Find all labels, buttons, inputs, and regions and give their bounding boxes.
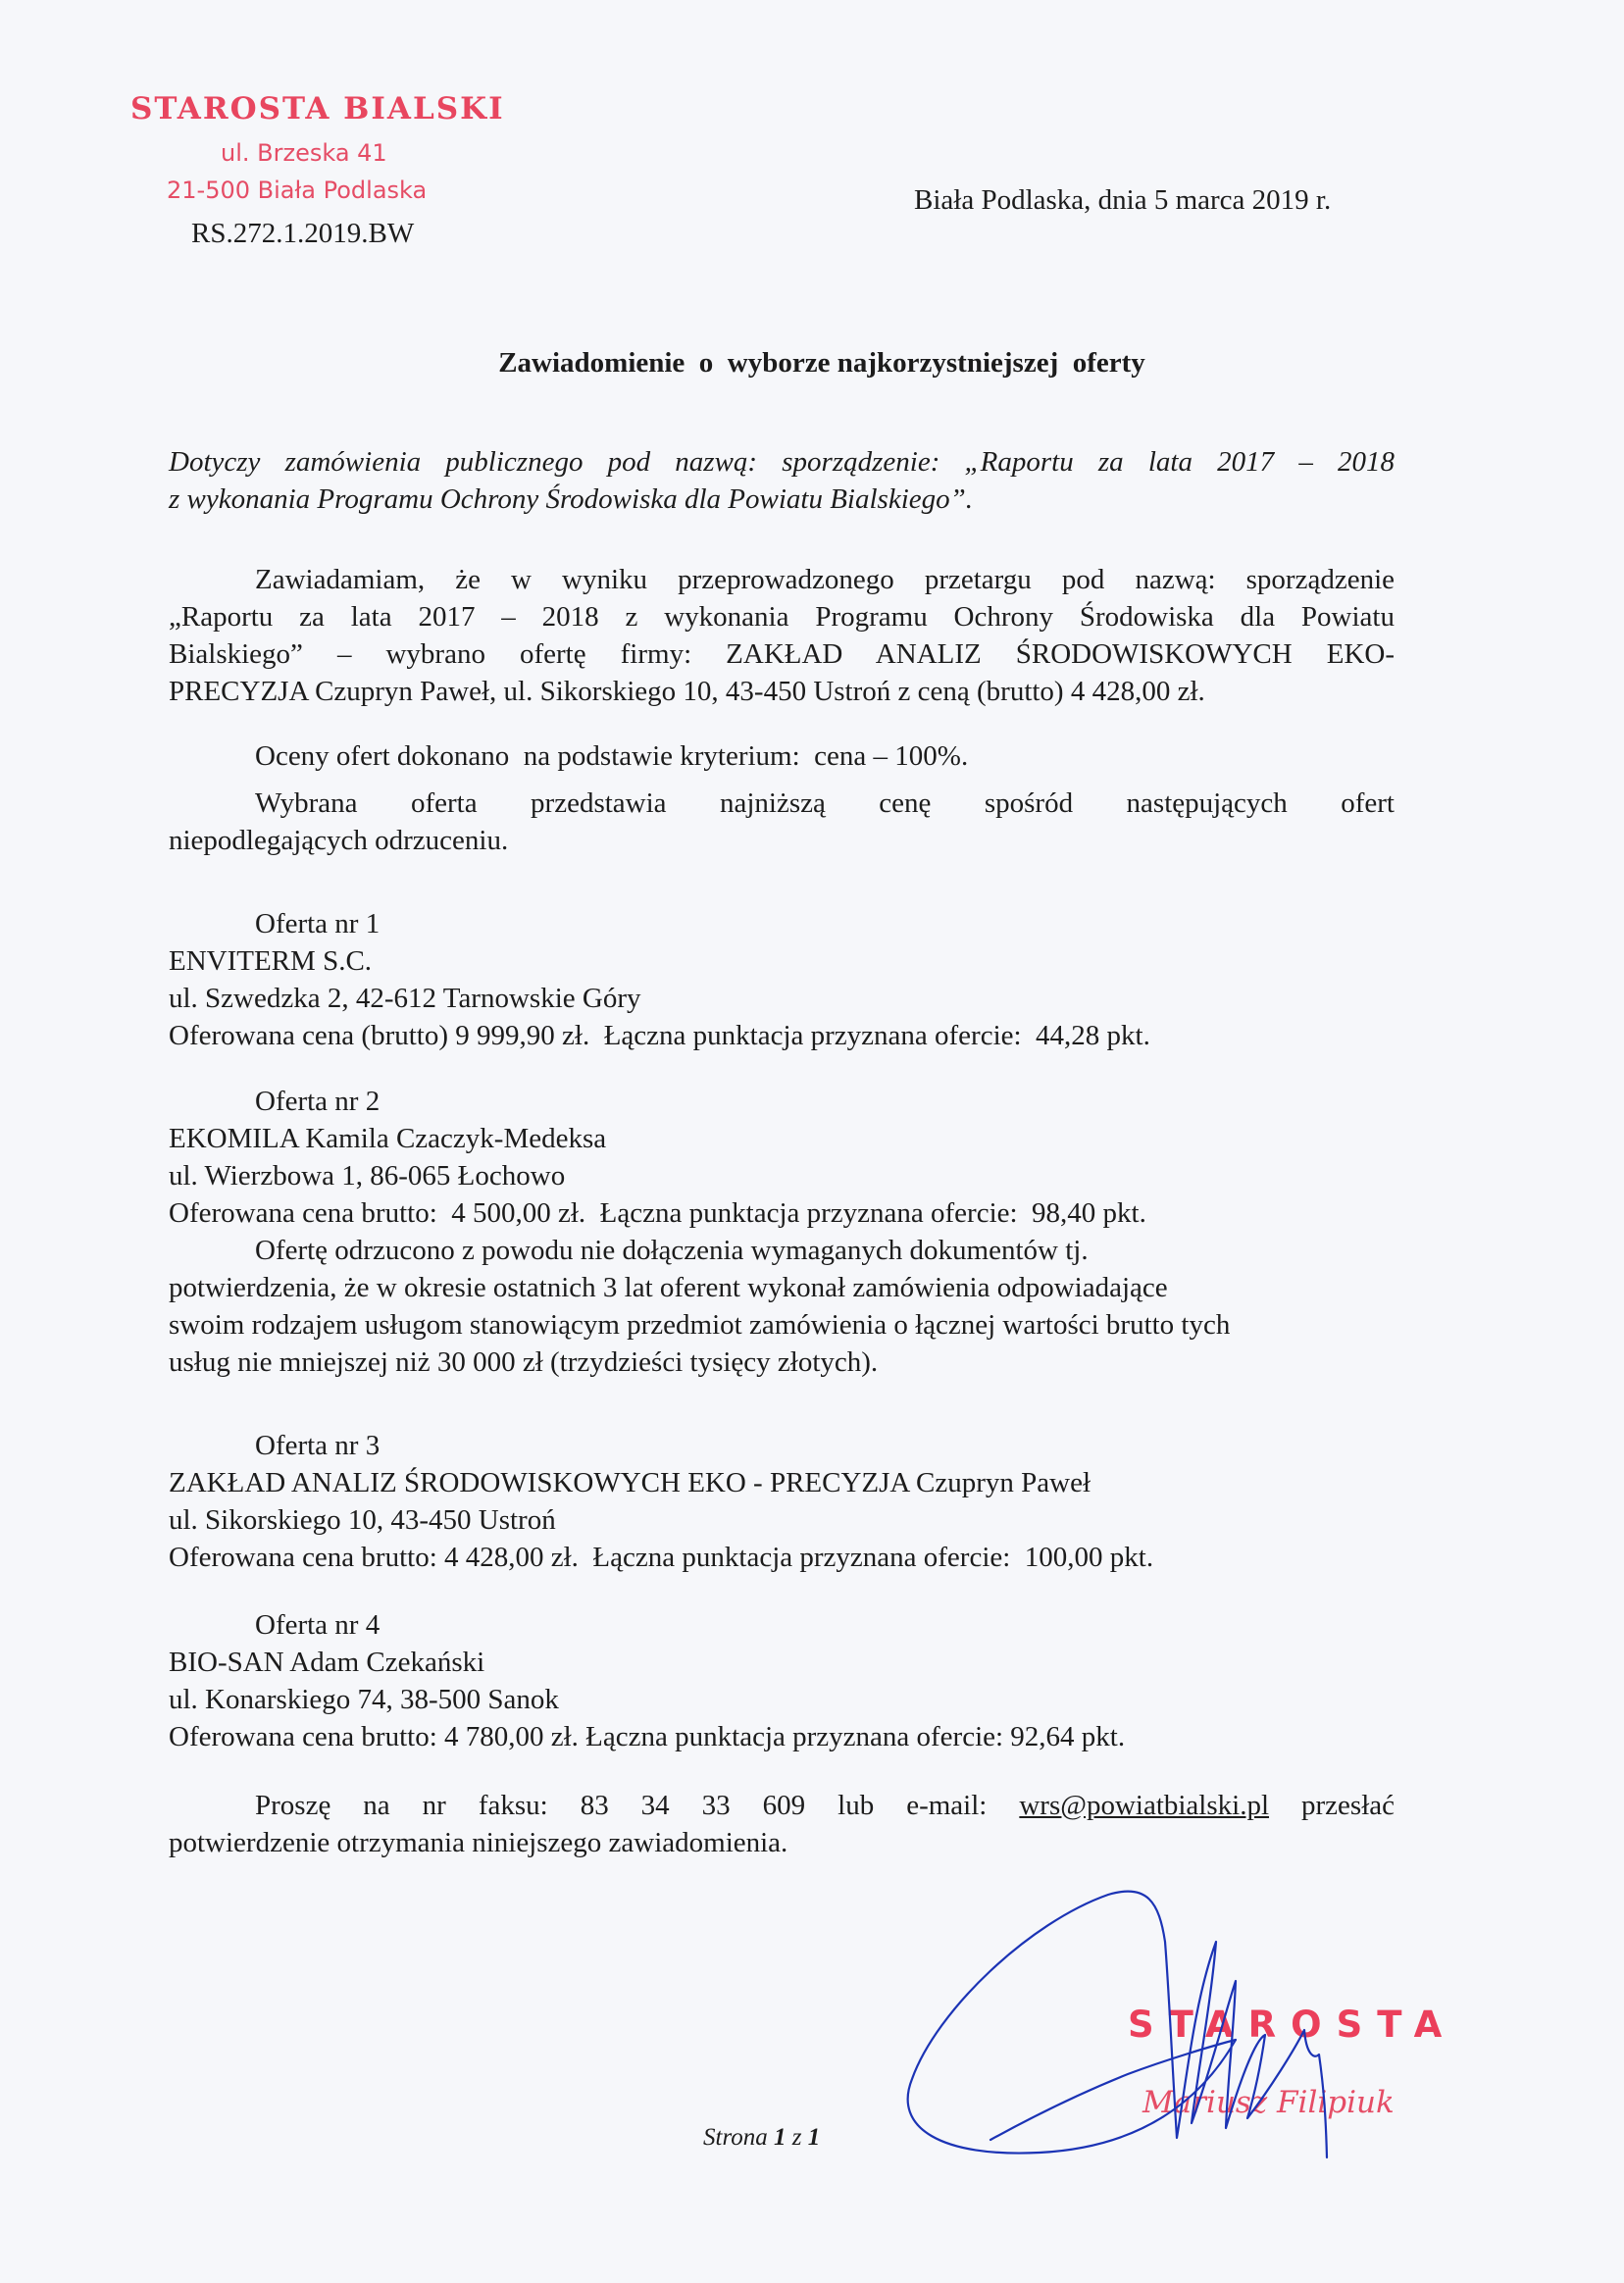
offer-4: Oferta nr 4 BIO-SAN Adam Czekański ul. K…	[169, 1606, 1395, 1755]
closing-paragraph: Proszę na nr faksu: 83 34 33 609 lub e-m…	[169, 1787, 1395, 1861]
offer-rejection-line: usług nie mniejszej niż 30 000 zł (trzyd…	[169, 1344, 1395, 1381]
offer-company: ZAKŁAD ANALIZ ŚRODOWISKOWYCH EKO - PRECY…	[169, 1464, 1395, 1501]
offer-rejection-line: Ofertę odrzucono z powodu nie dołączenia…	[169, 1232, 1395, 1269]
reference-number: RS.272.1.2019.BW	[191, 218, 414, 250]
lowest-price-paragraph: Wybrana oferta przedstawia najniższą cen…	[169, 785, 1395, 859]
offer-heading: Oferta nr 4	[169, 1606, 1395, 1644]
closing-text: przesłać	[1269, 1790, 1395, 1821]
offer-price-score: Oferowana cena brutto: 4 500,00 zł. Łącz…	[169, 1194, 1395, 1232]
place-date: Biała Podlaska, dnia 5 marca 2019 r.	[914, 184, 1331, 217]
lowest-price-line: niepodlegających odrzuceniu.	[169, 822, 1395, 859]
offer-company: EKOMILA Kamila Czaczyk-Medeksa	[169, 1120, 1395, 1157]
offer-2: Oferta nr 2 EKOMILA Kamila Czaczyk-Medek…	[169, 1083, 1395, 1381]
email-link[interactable]: wrs@powiatbialski.pl	[1019, 1790, 1269, 1821]
page-current: 1	[774, 2124, 787, 2151]
notice-paragraph: Zawiadamiam, że w wyniku przeprowadzoneg…	[169, 561, 1395, 710]
page-number: Strona 1 z 1	[703, 2124, 820, 2152]
offer-address: ul. Sikorskiego 10, 43-450 Ustroń	[169, 1501, 1395, 1539]
notice-line: Zawiadamiam, że w wyniku przeprowadzoneg…	[169, 561, 1395, 598]
offer-heading: Oferta nr 1	[169, 905, 1395, 942]
issuer-stamp-title: STAROSTA BIALSKI	[130, 91, 505, 127]
offer-1: Oferta nr 1 ENVITERM S.C. ul. Szwedzka 2…	[169, 905, 1395, 1054]
closing-line: potwierdzenie otrzymania niniejszego zaw…	[169, 1824, 1395, 1861]
offer-price-score: Oferowana cena brutto: 4 780,00 zł. Łącz…	[169, 1718, 1395, 1755]
closing-text: Proszę na nr faksu: 83 34 33 609 lub e-m…	[255, 1790, 1019, 1821]
criterion-line: Oceny ofert dokonano na podstawie kryter…	[169, 737, 1395, 775]
subject-paragraph: Dotyczy zamówienia publicznego pod nazwą…	[169, 443, 1395, 518]
offer-address: ul. Szwedzka 2, 42-612 Tarnowskie Góry	[169, 980, 1395, 1017]
notice-line: PRECYZJA Czupryn Paweł, ul. Sikorskiego …	[169, 673, 1395, 710]
offer-rejection-line: potwierdzenia, że w okresie ostatnich 3 …	[169, 1269, 1395, 1306]
offer-address: ul. Konarskiego 74, 38-500 Sanok	[169, 1681, 1395, 1718]
notice-line: „Raportu za lata 2017 – 2018 z wykonania…	[169, 598, 1395, 635]
subject-line: z wykonania Programu Ochrony Środowiska …	[169, 481, 1395, 518]
closing-line: Proszę na nr faksu: 83 34 33 609 lub e-m…	[169, 1787, 1395, 1824]
handwritten-signature-icon	[883, 1883, 1471, 2177]
offer-price-score: Oferowana cena brutto: 4 428,00 zł. Łącz…	[169, 1539, 1395, 1576]
notice-line: Bialskiego” – wybrano ofertę firmy: ZAKŁ…	[169, 635, 1395, 673]
criterion-paragraph: Oceny ofert dokonano na podstawie kryter…	[169, 737, 1395, 775]
offer-company: BIO-SAN Adam Czekański	[169, 1644, 1395, 1681]
offer-company: ENVITERM S.C.	[169, 942, 1395, 980]
document-title: Zawiadomienie o wyborze najkorzystniejsz…	[0, 347, 1624, 380]
offer-heading: Oferta nr 2	[169, 1083, 1395, 1120]
issuer-stamp-city: 21-500 Biała Podlaska	[167, 177, 427, 204]
offer-3: Oferta nr 3 ZAKŁAD ANALIZ ŚRODOWISKOWYCH…	[169, 1427, 1395, 1576]
page-of: z	[792, 2124, 802, 2151]
offer-heading: Oferta nr 3	[169, 1427, 1395, 1464]
lowest-price-line: Wybrana oferta przedstawia najniższą cen…	[169, 785, 1395, 822]
page-label: Strona	[703, 2124, 768, 2151]
subject-line: Dotyczy zamówienia publicznego pod nazwą…	[169, 443, 1395, 481]
offer-price-score: Oferowana cena (brutto) 9 999,90 zł. Łąc…	[169, 1017, 1395, 1054]
offer-address: ul. Wierzbowa 1, 86-065 Łochowo	[169, 1157, 1395, 1194]
offer-rejection-line: swoim rodzajem usługom stanowiącym przed…	[169, 1306, 1395, 1344]
page-total: 1	[808, 2124, 821, 2151]
issuer-stamp-street: ul. Brzeska 41	[221, 139, 387, 167]
